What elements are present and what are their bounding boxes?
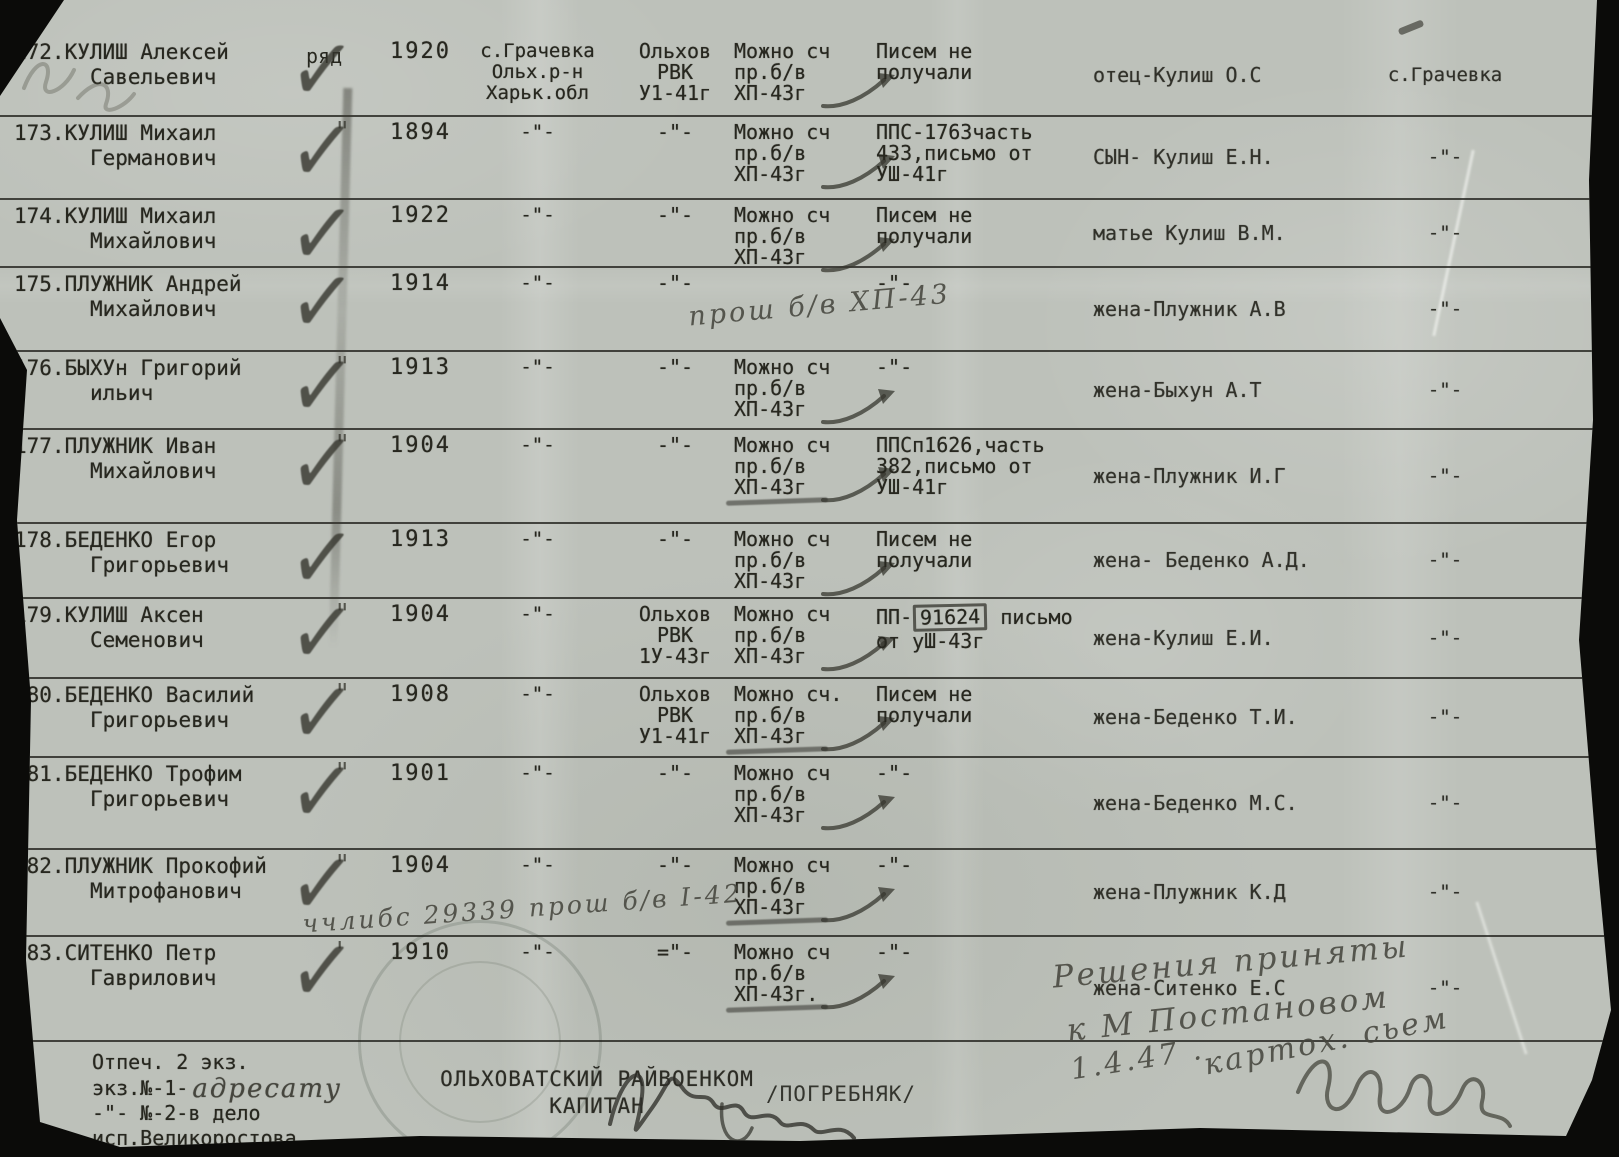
soldier-name-cell: 180.БЕДЕНКО ВасилийГригорьевич (14, 683, 254, 733)
draft-office-cell: -"- (616, 205, 734, 226)
address-cell: -"- (1390, 850, 1500, 935)
print-note-line: -"- №-2-в дело (92, 1101, 342, 1126)
letters-cell: -"- (876, 763, 1100, 784)
draft-office-cell: -"- (616, 122, 734, 143)
print-note-line: Отпеч. 2 экз. (92, 1050, 342, 1075)
paper-sheet: 172.КУЛИШ АлексейСавельевич✓ряд1920с.Гра… (0, 0, 1619, 1157)
status-cell: Можно счпр.б/вХП-43г (734, 529, 884, 592)
address-cell: -"- (1390, 117, 1500, 198)
soldier-name-cell: 181.БЕДЕНКО ТрофимГригорьевич (14, 762, 242, 812)
pencil-arrow-mark (820, 882, 902, 926)
draft-office-cell: ОльховРВКУ1-41г (616, 41, 734, 104)
pencil-arrow-mark (820, 384, 902, 428)
relative-cell: жена-Плужник А.В (1093, 268, 1398, 350)
relative-cell: жена-Кулиш Е.И. (1093, 599, 1398, 677)
birthplace-cell: -"- (455, 604, 620, 625)
letters-cell: ПП-91624 письмоот уШ-43г (876, 604, 1100, 652)
letters-cell: ППСп1626,часть382,письмо отУШ-41г (876, 435, 1100, 498)
letters-cell: -"- (876, 357, 1100, 378)
pencil-scribble (14, 44, 144, 122)
draft-office-cell: -"- (616, 273, 734, 294)
pencil-check-mark: ✓ (285, 921, 360, 1021)
pencil-check-mark: ✓ (285, 414, 360, 514)
birthplace-cell: -"- (455, 435, 620, 456)
table-row: 182.ПЛУЖНИК ПрокофийМитрофанович✓"1904-"… (0, 850, 1619, 937)
birthplace-cell: -"- (455, 357, 620, 378)
scanned-document: 172.КУЛИШ АлексейСавельевич✓ряд1920с.Гра… (0, 0, 1619, 1157)
table-row: 176.БЫХУн Григорийильич✓"1913-"--"-Можно… (0, 352, 1619, 430)
draft-office-cell: -"- (616, 357, 734, 378)
birthplace-cell: -"- (455, 763, 620, 784)
record-table: 172.КУЛИШ АлексейСавельевич✓ряд1920с.Гра… (0, 0, 1619, 1042)
status-cell: Можно счпр.б/вХП-43г (734, 763, 884, 826)
table-row: 181.БЕДЕНКО ТрофимГригорьевич✓"1901-"--"… (0, 758, 1619, 850)
letters-cell: Писем неполучали (876, 684, 1100, 726)
commissariat-title: ОЛЬХОВАТСКИЙ РАЙВОЕНКОМ (416, 1066, 778, 1093)
commissariat-block: ОЛЬХОВАТСКИЙ РАЙВОЕНКОМ КАПИТАН (416, 1066, 778, 1120)
address-cell: -"- (1390, 200, 1500, 266)
soldier-name-cell: 173.КУЛИШ МихаилГерманович (14, 121, 216, 171)
birthplace-cell: -"- (455, 122, 620, 143)
letters-cell: -"- (876, 855, 1100, 876)
address-cell: -"- (1390, 524, 1500, 597)
address-cell: -"- (1390, 352, 1500, 428)
address-cell: -"- (1390, 937, 1500, 1040)
relative-cell: отец-Кулиш О.С (1093, 36, 1398, 115)
soldier-name-cell: 178.БЕДЕНКО ЕгорГригорьевич (14, 528, 229, 578)
soldier-name-cell: 182.ПЛУЖНИК ПрокофийМитрофанович (14, 854, 267, 904)
birthplace-cell: -"- (455, 273, 620, 294)
address-cell: -"- (1390, 679, 1500, 756)
print-note: Отпеч. 2 экз. экз.№-1-адресату -"- №-2-в… (92, 1050, 342, 1151)
relative-cell: жена- Беденко А.Д. (1093, 524, 1398, 597)
commissar-name: /ПОГРЕБНЯК/ (766, 1082, 916, 1106)
soldier-name-cell: 183.СИТЕНКО ПетрГаврилович (14, 941, 216, 991)
birthplace-cell: -"- (455, 529, 620, 550)
relative-cell: жена-Плужник К.Д (1093, 850, 1398, 935)
handwritten-row-note: ччлибс 29339 прош б/в I-42 (302, 879, 744, 939)
birthplace-cell: -"- (455, 855, 620, 876)
table-row: 177.ПЛУЖНИК ИванМихайлович✓"1904-"--"-Мо… (0, 430, 1619, 524)
birthplace-cell: -"- (455, 684, 620, 705)
table-row: 178.БЕДЕНКО ЕгорГригорьевич✓1913-"--"-Мо… (0, 524, 1619, 599)
relative-cell: жена-Быхун А.Т (1093, 352, 1398, 428)
address-cell: с.Грачевка (1390, 36, 1500, 115)
status-cell: Можно счпр.б/вХП-43г (734, 41, 884, 104)
address-cell: -"- (1390, 430, 1500, 522)
relative-cell: жена-Ситенко Е.С (1093, 937, 1398, 1040)
pencil-arrow-mark (820, 969, 902, 1013)
status-cell: Можно счпр.б/вХП-43г (734, 357, 884, 420)
soldier-name-cell: 179.КУЛИШ АксенСеменович (14, 603, 204, 653)
address-cell: -"- (1390, 599, 1500, 677)
letters-cell: Писем неполучали (876, 205, 1100, 247)
relative-cell: жена-Беденко М.С. (1093, 758, 1398, 848)
soldier-name-cell: 176.БЫХУн Григорийильич (14, 356, 242, 406)
status-cell: Можно счпр.б/вХП-43г (734, 604, 884, 667)
letters-cell: -"- (876, 942, 1100, 963)
table-row: 172.КУЛИШ АлексейСавельевич✓ряд1920с.Гра… (0, 36, 1619, 117)
status-cell: Можно счпр.б/вХП-43г (734, 435, 884, 498)
print-note-line: экз.№-1- (92, 1076, 188, 1100)
birthplace-cell: -"- (455, 942, 620, 963)
relative-cell: жена-Беденко Т.И. (1093, 679, 1398, 756)
address-cell: -"- (1390, 758, 1500, 848)
status-cell: Можно счпр.б/вХП-43г (734, 205, 884, 268)
birthplace-cell: с.ГрачевкаОльх.р-нХарьк.обл (455, 41, 620, 104)
status-cell: Можно сч.пр.б/вХП-43г (734, 684, 884, 747)
footer: Отпеч. 2 экз. экз.№-1-адресату -"- №-2-в… (0, 1042, 1619, 1157)
birthplace-cell: -"- (455, 205, 620, 226)
table-row: 179.КУЛИШ АксенСеменович✓"1904-"-ОльховР… (0, 599, 1619, 679)
table-row: 173.КУЛИШ МихаилГерманович✓"1894-"--"-Мо… (0, 117, 1619, 200)
print-note-line: исп.Великоростова (92, 1126, 342, 1151)
status-cell: Можно счпр.б/вХП-43г. (734, 942, 884, 1005)
letters-cell: Писем неполучали (876, 529, 1100, 571)
draft-office-cell: ОльховРВК1У-43г (616, 604, 734, 667)
draft-office-cell: -"- (616, 529, 734, 550)
table-row: 175.ПЛУЖНИК АндрейМихайлович✓1914-"--"--… (0, 268, 1619, 352)
pencil-box-mark: 91624 (913, 603, 988, 632)
relative-cell: матье Кулиш В.М. (1093, 200, 1398, 266)
soldier-name-cell: 177.ПЛУЖНИК ИванМихайлович (14, 434, 216, 484)
table-row: 183.СИТЕНКО ПетрГаврилович✓'1910-"-="-Мо… (0, 937, 1619, 1042)
letters-cell: ППС-1763часть433,письмо отУШ-41г (876, 122, 1100, 185)
pencil-arrow-mark (820, 790, 902, 834)
print-note-line: экз.№-1-адресату (92, 1075, 342, 1101)
table-row: 180.БЕДЕНКО ВасилийГригорьевич✓"1908-"-О… (0, 679, 1619, 758)
draft-office-cell: -"- (616, 855, 734, 876)
address-cell: -"- (1390, 268, 1500, 350)
soldier-name-cell: 175.ПЛУЖНИК АндрейМихайлович (14, 272, 242, 322)
relative-cell: жена-Плужник И.Г (1093, 430, 1398, 522)
soldier-name-cell: 174.КУЛИШ МихаилМихайлович (14, 204, 216, 254)
letters-cell: Писем неполучали (876, 41, 1100, 83)
relative-cell: СЫН- Кулиш Е.Н. (1093, 117, 1398, 198)
draft-office-cell: ="- (616, 942, 734, 963)
draft-office-cell: ОльховРВКУ1-41г (616, 684, 734, 747)
handwritten-addressee: адресату (192, 1074, 342, 1104)
status-cell: Можно счпр.б/вХП-43г (734, 122, 884, 185)
draft-office-cell: -"- (616, 763, 734, 784)
table-row: 174.КУЛИШ МихаилМихайлович✓1922-"--"-Мож… (0, 200, 1619, 268)
draft-office-cell: -"- (616, 435, 734, 456)
status-cell: Можно счпр.б/вХП-43г (734, 855, 884, 918)
commissar-rank: КАПИТАН (416, 1093, 778, 1120)
